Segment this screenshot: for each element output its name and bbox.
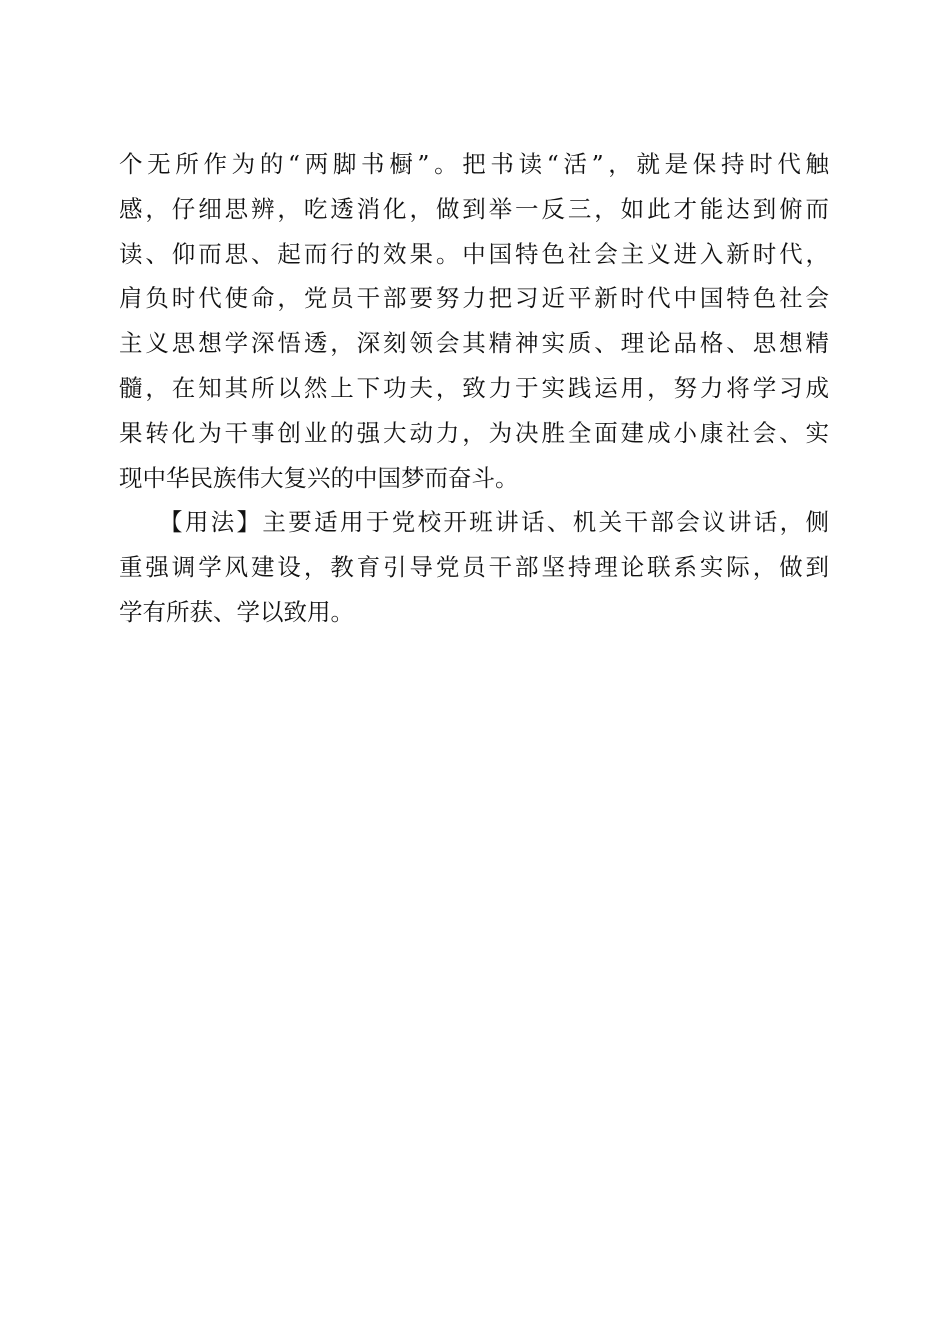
text-line: 髓，在知其所以然上下功夫，致力于实践运用，努力将学习成 (119, 366, 829, 411)
paragraph-usage: 【用法】主要适用于党校开班讲话、机关干部会议讲话，侧 重强调学风建设，教育引导党… (119, 500, 829, 634)
text-line: 肩负时代使命，党员干部要努力把习近平新时代中国特色社会 (119, 276, 829, 321)
text-line: 主义思想学深悟透，深刻领会其精神实质、理论品格、思想精 (119, 321, 829, 366)
document-body: 个无所作为的“两脚书橱”。把书读“活”，就是保持时代触 感，仔细思辨，吃透消化，… (119, 142, 829, 635)
usage-line: 【用法】主要适用于党校开班讲话、机关干部会议讲话，侧 (119, 500, 829, 545)
text-line: 感，仔细思辨，吃透消化，做到举一反三，如此才能达到俯而 (119, 187, 829, 232)
text-line: 个无所作为的“两脚书橱”。把书读“活”，就是保持时代触 (119, 142, 829, 187)
paragraph-main: 个无所作为的“两脚书橱”。把书读“活”，就是保持时代触 感，仔细思辨，吃透消化，… (119, 142, 829, 500)
usage-line: 学有所获、学以致用。 (119, 590, 829, 635)
text-line: 果转化为干事创业的强大动力，为决胜全面建成小康社会、实 (119, 411, 829, 456)
document-page: 个无所作为的“两脚书橱”。把书读“活”，就是保持时代触 感，仔细思辨，吃透消化，… (0, 0, 950, 1344)
text-line: 现中华民族伟大复兴的中国梦而奋斗。 (119, 456, 829, 501)
usage-line: 重强调学风建设，教育引导党员干部坚持理论联系实际，做到 (119, 545, 829, 590)
text-line: 读、仰而思、起而行的效果。中国特色社会主义进入新时代， (119, 232, 829, 277)
